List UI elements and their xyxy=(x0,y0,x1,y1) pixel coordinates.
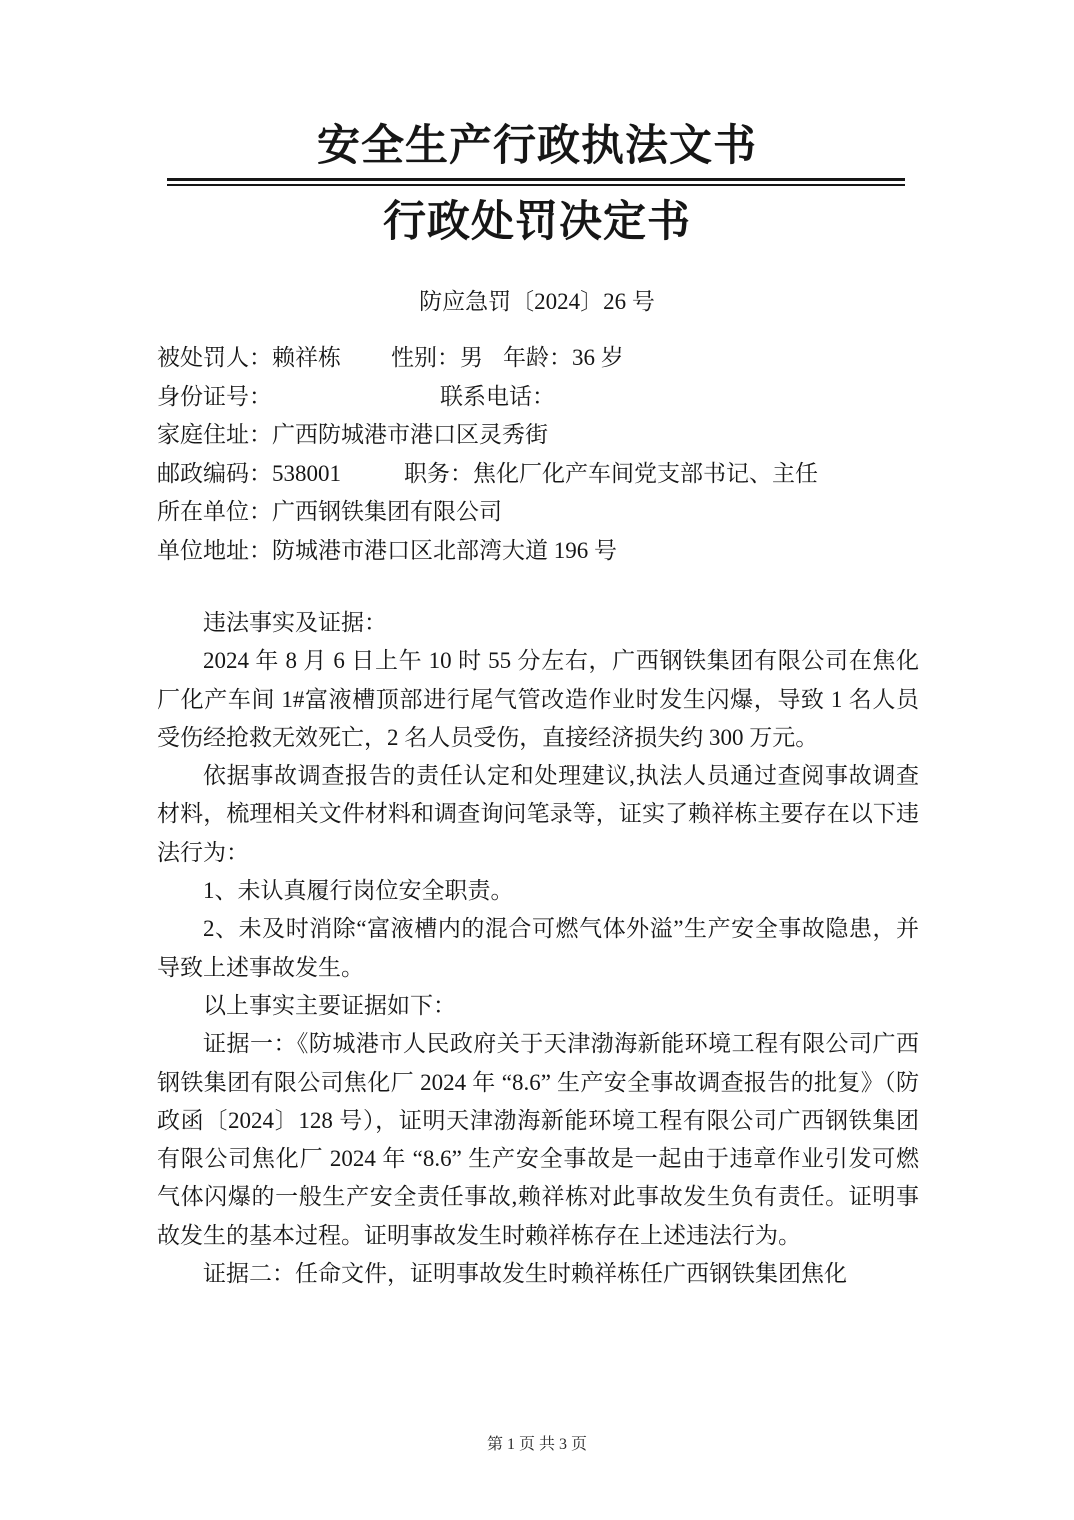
body-heading-evidence-list: 以上事实主要证据如下： xyxy=(157,987,919,1025)
document-header-title: 安全生产行政执法文书 xyxy=(0,112,1074,173)
field-employer-label: 所在单位： xyxy=(157,499,272,524)
field-age-value: 36 岁 xyxy=(572,345,624,370)
field-postcode-label: 邮政编码： xyxy=(157,461,272,486)
violation-item-1: 1、未认真履行岗位安全职责。 xyxy=(157,872,919,910)
page-number-footer: 第 1 页 共 3 页 xyxy=(0,1431,1074,1454)
field-line-person: 被处罚人：赖祥栋性别：男年龄：36 岁 xyxy=(157,339,947,378)
field-gender-value: 男 xyxy=(460,345,483,370)
paragraph-accident-description: 2024 年 8 月 6 日上午 10 时 55 分左右，广西钢铁集团有限公司在… xyxy=(157,642,919,757)
field-id-label: 身份证号： xyxy=(157,384,272,409)
field-employer-address-label: 单位地址： xyxy=(157,538,272,563)
paragraph-investigation-basis: 依据事故调查报告的责任认定和处理建议,执法人员通过查阅事故调查材料，梳理相关文件… xyxy=(157,757,919,872)
double-rule-divider xyxy=(167,178,905,186)
field-employer-value: 广西钢铁集团有限公司 xyxy=(272,499,502,524)
field-age-label: 年龄： xyxy=(503,345,572,370)
document-number: 防应急罚〔2024〕26 号 xyxy=(0,283,1074,316)
document-title: 行政处罚决定书 xyxy=(0,188,1074,249)
field-employer-address-value: 防城港市港口区北部湾大道 196 号 xyxy=(272,538,617,563)
field-gender-label: 性别： xyxy=(391,345,460,370)
field-duty-label: 职务： xyxy=(404,461,473,486)
field-line-id: 身份证号：联系电话： xyxy=(157,378,947,417)
field-home-address-value: 广西防城港市港口区灵秀街 xyxy=(272,422,548,447)
field-postcode-value: 538001 xyxy=(272,461,341,486)
field-line-employer-address: 单位地址：防城港市港口区北部湾大道 196 号 xyxy=(157,532,947,571)
field-home-address-label: 家庭住址： xyxy=(157,422,272,447)
field-phone-label: 联系电话： xyxy=(440,384,555,409)
recipient-info-block: 被处罚人：赖祥栋性别：男年龄：36 岁 身份证号：联系电话： 家庭住址：广西防城… xyxy=(157,339,947,571)
field-line-home-address: 家庭住址：广西防城港市港口区灵秀街 xyxy=(157,416,947,455)
penalty-decision-document: 安全生产行政执法文书 行政处罚决定书 防应急罚〔2024〕26 号 被处罚人：赖… xyxy=(0,0,1074,1520)
evidence-item-2: 证据二：任命文件，证明事故发生时赖祥栋任广西钢铁集团焦化 xyxy=(157,1255,919,1293)
field-person-value: 赖祥栋 xyxy=(272,345,341,370)
document-body: 违法事实及证据： 2024 年 8 月 6 日上午 10 时 55 分左右，广西… xyxy=(157,604,919,1293)
field-duty-value: 焦化厂化产车间党支部书记、主任 xyxy=(473,461,818,486)
field-line-postcode-duty: 邮政编码：538001职务：焦化厂化产车间党支部书记、主任 xyxy=(157,455,947,494)
field-line-employer: 所在单位：广西钢铁集团有限公司 xyxy=(157,493,947,532)
body-heading-facts-evidence: 违法事实及证据： xyxy=(157,604,919,642)
field-person-label: 被处罚人： xyxy=(157,345,272,370)
evidence-item-1: 证据一：《防城港市人民政府关于天津渤海新能环境工程有限公司广西钢铁集团有限公司焦… xyxy=(157,1025,919,1255)
violation-item-2: 2、未及时消除“富液槽内的混合可燃气体外溢”生产安全事故隐患，并导致上述事故发生… xyxy=(157,910,919,987)
